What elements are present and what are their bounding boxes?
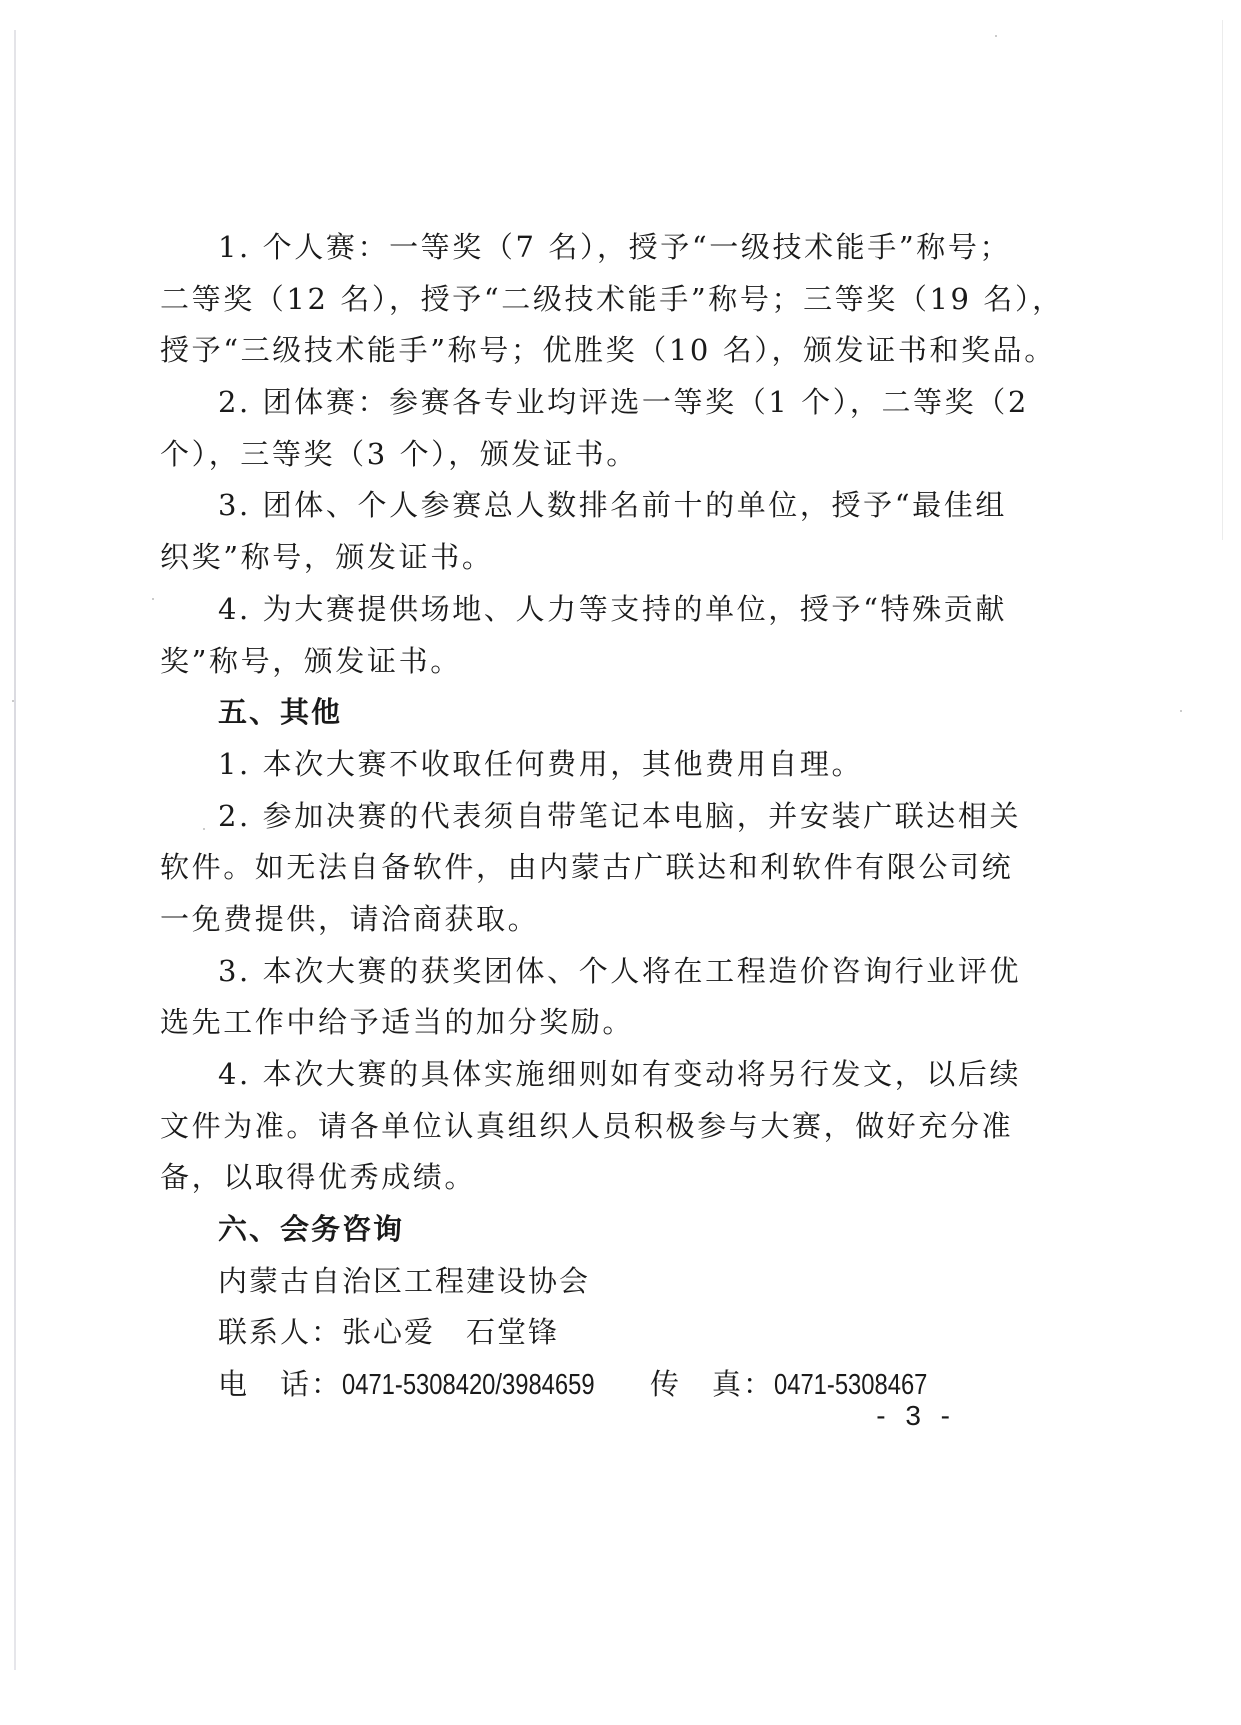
paragraph-line: 个），三等奖（3 个），颁发证书。 — [160, 429, 960, 481]
contact-persons: 联系人：张心爱 石堂锋 — [160, 1307, 960, 1359]
award-item-individual: 1. 个人赛：一等奖（7 名），授予“一级技术能手”称号； 二等奖（12 名），… — [160, 222, 960, 377]
awards-list: 1. 个人赛：一等奖（7 名），授予“一级技术能手”称号； 二等奖（12 名），… — [160, 222, 960, 687]
other-item-fees: 1. 本次大赛不收取任何费用，其他费用自理。 — [160, 739, 960, 791]
scan-speck — [995, 35, 997, 37]
paragraph-line: 授予“三级技术能手”称号；优胜奖（10 名），颁发证书和奖品。 — [160, 325, 960, 377]
paragraph-line: 1. 个人赛：一等奖（7 名），授予“一级技术能手”称号； — [160, 222, 960, 274]
section-heading-other: 五、其他 — [160, 687, 960, 739]
scan-speck — [152, 598, 154, 600]
paragraph-line: 1. 本次大赛不收取任何费用，其他费用自理。 — [160, 739, 960, 791]
paragraph-line: 3. 本次大赛的获奖团体、个人将在工程造价咨询行业评优 — [160, 946, 960, 998]
page-number: - 3 - — [876, 1400, 956, 1432]
paragraph-line: 奖”称号，颁发证书。 — [160, 636, 960, 688]
scan-speck — [203, 828, 205, 830]
other-item-rules: 4. 本次大赛的具体实施细则如有变动将另行发文，以后续 文件为准。请各单位认真组… — [160, 1049, 960, 1204]
phone-group: 电 话：0471-5308420/3984659 — [218, 1359, 650, 1411]
paragraph-line: 二等奖（12 名），授予“二级技术能手”称号；三等奖（19 名）， — [160, 274, 960, 326]
paragraph-line: 一免费提供，请洽商获取。 — [160, 894, 960, 946]
paragraph-line: 备，以取得优秀成绩。 — [160, 1152, 960, 1204]
scan-border-left — [14, 30, 16, 1670]
document-page: 1. 个人赛：一等奖（7 名），授予“一级技术能手”称号； 二等奖（12 名），… — [160, 222, 960, 1411]
paragraph-line: 4. 为大赛提供场地、人力等支持的单位，授予“特殊贡献 — [160, 584, 960, 636]
paragraph-line: 软件。如无法自备软件，由内蒙古广联达和利软件有限公司统 — [160, 842, 960, 894]
paragraph-line: 2. 团体赛：参赛各专业均评选一等奖（1 个），二等奖（2 — [160, 377, 960, 429]
phone-fax-row: 电 话：0471-5308420/3984659 传 真：0471-530846… — [160, 1359, 960, 1411]
organization-name: 内蒙古自治区工程建设协会 — [160, 1256, 960, 1308]
paragraph-line: 4. 本次大赛的具体实施细则如有变动将另行发文，以后续 — [160, 1049, 960, 1101]
fax-label: 传 真： — [650, 1367, 774, 1401]
paragraph-line: 文件为准。请各单位认真组织人员积极参与大赛，做好充分准 — [160, 1101, 960, 1153]
award-item-team: 2. 团体赛：参赛各专业均评选一等奖（1 个），二等奖（2 个），三等奖（3 个… — [160, 377, 960, 480]
phone-label: 电 话： — [218, 1367, 342, 1401]
scan-speck — [12, 700, 14, 702]
other-list: 1. 本次大赛不收取任何费用，其他费用自理。 2. 参加决赛的代表须自带笔记本电… — [160, 739, 960, 1204]
section-heading-consultation: 六、会务咨询 — [160, 1204, 960, 1256]
other-item-laptop: 2. 参加决赛的代表须自带笔记本电脑，并安装广联达相关 软件。如无法自备软件，由… — [160, 791, 960, 946]
paragraph-line: 织奖”称号，颁发证书。 — [160, 532, 960, 584]
paragraph-line: 3. 团体、个人参赛总人数排名前十的单位，授予“最佳组 — [160, 480, 960, 532]
scan-border-right — [1222, 20, 1223, 540]
other-item-bonus: 3. 本次大赛的获奖团体、个人将在工程造价咨询行业评优 选先工作中给予适当的加分… — [160, 946, 960, 1049]
paragraph-line: 2. 参加决赛的代表须自带笔记本电脑，并安装广联达相关 — [160, 791, 960, 843]
scan-speck — [1180, 710, 1182, 712]
contact-block: 内蒙古自治区工程建设协会 联系人：张心爱 石堂锋 电 话：0471-530842… — [160, 1256, 960, 1411]
award-item-best-organization: 3. 团体、个人参赛总人数排名前十的单位，授予“最佳组 织奖”称号，颁发证书。 — [160, 480, 960, 583]
phone-number: 0471-5308420/3984659 — [342, 1360, 595, 1412]
award-item-special-contribution: 4. 为大赛提供场地、人力等支持的单位，授予“特殊贡献 奖”称号，颁发证书。 — [160, 584, 960, 687]
paragraph-line: 选先工作中给予适当的加分奖励。 — [160, 997, 960, 1049]
